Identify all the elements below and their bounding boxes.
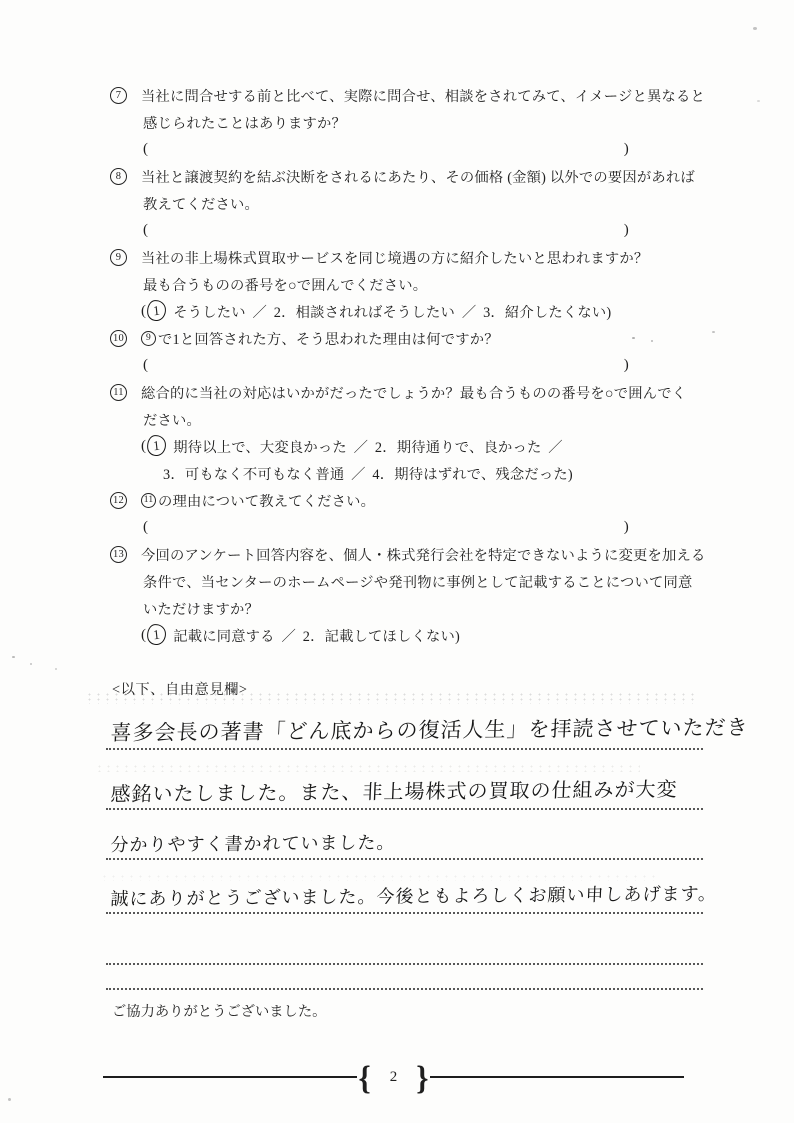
scan-noise-band <box>95 764 640 772</box>
footer-rule-right <box>430 1076 684 1078</box>
page-number-open-brace: { <box>359 1060 371 1094</box>
closing-thanks-note: ご協力ありがとうございました。 <box>112 1001 326 1021</box>
question-7-line-2: 感じられたことはありますか？ <box>110 109 750 136</box>
question-9-options-text: そうしたい ／ 2．相談されればそうしたい ／ 3．紹介したくない) <box>173 302 611 322</box>
handwritten-text-line-4: 誠にありがとうございました。今後ともよろしくお願い申しあげます。 <box>110 880 718 911</box>
options-open-paren: ( <box>141 627 146 644</box>
answer-blank-open-paren: ( <box>143 141 148 158</box>
handwriting-rule-line-empty <box>106 943 703 965</box>
question-13-text: 今回のアンケート回答内容を、個人・株式発行会社を特定できないように変更を加える <box>141 545 706 565</box>
circled-answer-mark: 1 <box>146 623 167 646</box>
question-11-options-text: 期待以上で、大変良かった ／ 2．期待通りで、良かった ／ <box>173 437 563 457</box>
question-9-number: 9 <box>110 249 127 266</box>
question-10-answer-blank: ( ) <box>110 352 629 379</box>
question-7-line-1: 7 当社に問合せする前と比べて、実際に問合せ、相談をされてみて、イメージと異なる… <box>110 82 750 109</box>
answer-blank-open-paren: ( <box>143 519 148 536</box>
question-7-number: 7 <box>110 87 127 104</box>
scan-speck <box>632 337 635 339</box>
question-11-text: 総合的に当社の対応はいかがだったでしょうか？最も合うものの番号を○で囲んでく <box>141 383 686 403</box>
circled-answer-mark: 1 <box>146 299 167 322</box>
question-11-number: 11 <box>110 384 127 401</box>
scanned-survey-page: 7 当社に問合せする前と比べて、実際に問合せ、相談をされてみて、イメージと異なる… <box>0 0 794 1123</box>
question-8-line-1: 8 当社と譲渡契約を結ぶ決断をされるにあたり、その価格 (金額) 以外での要因が… <box>110 163 750 190</box>
page-number-close-brace: } <box>416 1060 428 1094</box>
question-13-text-cont: 条件で、当センターのホームページや発刊物に事例として記載することについて同意 <box>143 572 692 592</box>
question-11-options-line-2: 3．可もなく不可もなく普通 ／ 4．期待はずれで、残念だった) <box>110 460 750 487</box>
answer-blank-close-paren: ) <box>624 141 629 158</box>
page-number: 2 <box>390 1069 398 1086</box>
question-12-line-1: 12 11 の理由について教えてください。 <box>110 487 750 514</box>
question-11-line-2: ださい。 <box>110 406 750 433</box>
handwriting-rule-line: 分かりやすく書かれていました。 <box>106 818 703 860</box>
circled-answer-mark: 1 <box>146 434 167 457</box>
question-11-line-1: 11 総合的に当社の対応はいかがだったでしょうか？最も合うものの番号を○で囲んで… <box>110 379 750 406</box>
options-open-paren: ( <box>141 303 146 320</box>
answer-blank-close-paren: ) <box>624 222 629 239</box>
question-8-answer-blank: ( ) <box>110 217 629 244</box>
question-10-ref-number: 9 <box>141 331 156 346</box>
question-10-text: で1と回答された方、そう思われた理由は何ですか？ <box>158 329 499 349</box>
scan-speck <box>55 668 57 670</box>
question-13-options-text: 記載に同意する ／ 2．記載してほしくない) <box>173 626 460 646</box>
question-13-number: 13 <box>110 546 127 563</box>
handwriting-rule-line: 喜多会長の著書「どん底からの復活人生」を拝読させていただき <box>106 708 703 750</box>
scan-noise-band <box>100 874 660 881</box>
question-9-line-2: 最も合うものの番号を○で囲んでください。 <box>110 271 750 298</box>
handwritten-text-line-2: 感銘いたしました。また、非上場株式の買取の仕組みが大変 <box>110 773 678 807</box>
question-12-answer-blank: ( ) <box>110 514 629 541</box>
question-13-text-cont-2: いただけますか？ <box>143 599 259 619</box>
question-13-line-2: 条件で、当センターのホームページや発刊物に事例として記載することについて同意 <box>110 568 750 595</box>
question-9-text-cont: 最も合うものの番号を○で囲んでください。 <box>143 275 427 295</box>
question-10-line-1: 10 9 で1と回答された方、そう思われた理由は何ですか？ <box>110 325 750 352</box>
handwritten-text-line-1: 喜多会長の著書「どん底からの復活人生」を拝読させていただき <box>110 711 749 747</box>
question-11-options-line-1: ( 1 期待以上で、大変良かった ／ 2．期待通りで、良かった ／ <box>110 433 750 460</box>
answer-blank-close-paren: ) <box>624 519 629 536</box>
page-number-footer: { 2 } <box>103 1061 684 1093</box>
scan-speck <box>30 663 32 665</box>
question-13-line-3: いただけますか？ <box>110 595 750 622</box>
question-7-answer-blank: ( ) <box>110 136 629 163</box>
question-13-line-1: 13 今回のアンケート回答内容を、個人・株式発行会社を特定できないように変更を加… <box>110 541 750 568</box>
question-9-line-1: 9 当社の非上場株式買取サービスを同じ境遇の方に紹介したいと思われますか？ <box>110 244 750 271</box>
question-8-number: 8 <box>110 168 127 185</box>
scan-noise-band <box>85 692 700 704</box>
scan-speck <box>12 656 15 658</box>
question-11-text-cont: ださい。 <box>143 410 201 430</box>
question-7-text-cont: 感じられたことはありますか？ <box>143 113 346 133</box>
scan-speck <box>753 27 757 30</box>
question-8-line-2: 教えてください。 <box>110 190 750 217</box>
handwriting-rule-line-empty <box>106 968 703 990</box>
question-10-number: 10 <box>110 330 127 347</box>
answer-blank-close-paren: ) <box>624 357 629 374</box>
scan-speck <box>757 100 760 102</box>
question-list: 7 当社に問合せする前と比べて、実際に問合せ、相談をされてみて、イメージと異なる… <box>110 82 750 649</box>
answer-blank-open-paren: ( <box>143 357 148 374</box>
question-7-text: 当社に問合せする前と比べて、実際に問合せ、相談をされてみて、イメージと異なると <box>141 86 705 106</box>
question-8-text-cont: 教えてください。 <box>143 194 259 214</box>
handwriting-rule-line: 感銘いたしました。また、非上場株式の買取の仕組みが大変 <box>106 768 703 810</box>
question-8-text: 当社と譲渡契約を結ぶ決断をされるにあたり、その価格 (金額) 以外での要因があれ… <box>141 167 695 187</box>
scan-speck <box>712 331 715 333</box>
scan-speck <box>8 1098 11 1101</box>
question-12-number: 12 <box>110 492 127 509</box>
scan-speck <box>651 340 653 342</box>
question-12-text: の理由について教えてください。 <box>158 491 375 511</box>
footer-rule-left <box>103 1076 357 1078</box>
question-9-options: ( 1 そうしたい ／ 2．相談されればそうしたい ／ 3．紹介したくない) <box>110 298 750 325</box>
handwritten-text-line-3: 分かりやすく書かれていました。 <box>110 829 396 857</box>
question-9-text: 当社の非上場株式買取サービスを同じ境遇の方に紹介したいと思われますか？ <box>141 248 648 268</box>
question-11-options-text-cont: 3．可もなく不可もなく普通 ／ 4．期待はずれで、残念だった) <box>163 464 573 484</box>
options-open-paren: ( <box>141 438 146 455</box>
question-13-options: ( 1 記載に同意する ／ 2．記載してほしくない) <box>110 622 750 649</box>
question-12-ref-number: 11 <box>141 493 156 508</box>
answer-blank-open-paren: ( <box>143 222 148 239</box>
